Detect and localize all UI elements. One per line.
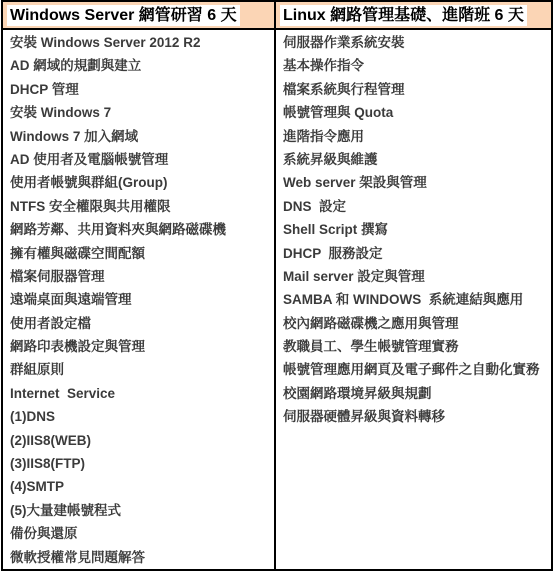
header-label-windows: Windows Server 網管研習 6 天 [7, 5, 240, 26]
column-linux-topics: 伺服器作業系統安裝基本操作指令檔案系統與行程管理帳號管理與 Quota進階指令應… [276, 30, 551, 569]
course-item: AD 網域的規劃與建立 [3, 54, 274, 77]
course-item: (5)大量建帳號程式 [3, 499, 274, 522]
course-item: 網路印表機設定與管理 [3, 335, 274, 358]
course-item: 校內網路磁碟機之應用與管理 [276, 312, 551, 335]
course-item: 伺服器作業系統安裝 [276, 31, 551, 54]
course-item: 帳號管理應用網頁及電子郵件之自動化實務 [276, 358, 551, 381]
course-item: 使用者帳號與群組(Group) [3, 171, 274, 194]
course-item: 進階指令應用 [276, 125, 551, 148]
course-item: 擁有權與磁碟空間配額 [3, 242, 274, 265]
course-item: 遠端桌面與遠端管理 [3, 288, 274, 311]
course-item: 安裝 Windows 7 [3, 101, 274, 124]
course-item: Web server 架設與管理 [276, 171, 551, 194]
course-item: (4)SMTP [3, 475, 274, 498]
course-item: 網路芳鄰、共用資料夾與網路磁碟機 [3, 218, 274, 241]
header-cell-linux: Linux 網路管理基礎、進階班 6 天 [276, 2, 551, 28]
course-item: 檔案伺服器管理 [3, 265, 274, 288]
course-item: Internet Service [3, 382, 274, 405]
course-item: SAMBA 和 WINDOWS 系統連結與應用 [276, 288, 551, 311]
course-item: 教職員工、學生帳號管理實務 [276, 335, 551, 358]
course-item: 安裝 Windows Server 2012 R2 [3, 31, 274, 54]
course-item: Mail server 設定與管理 [276, 265, 551, 288]
course-comparison-table: Windows Server 網管研習 6 天 Linux 網路管理基礎、進階班… [1, 0, 553, 571]
course-item: 微軟授權常見問題解答 [3, 546, 274, 569]
course-item: 校園網路環境昇級與規劃 [276, 382, 551, 405]
header-cell-windows: Windows Server 網管研習 6 天 [3, 2, 276, 28]
course-item: 帳號管理與 Quota [276, 101, 551, 124]
course-item: (3)IIS8(FTP) [3, 452, 274, 475]
table-body: 安裝 Windows Server 2012 R2AD 網域的規劃與建立DHCP… [3, 30, 551, 569]
course-item: 檔案系統與行程管理 [276, 78, 551, 101]
table-header-row: Windows Server 網管研習 6 天 Linux 網路管理基礎、進階班… [3, 2, 551, 30]
course-item: AD 使用者及電腦帳號管理 [3, 148, 274, 171]
column-windows-topics: 安裝 Windows Server 2012 R2AD 網域的規劃與建立DHCP… [3, 30, 276, 569]
course-item: DNS 設定 [276, 195, 551, 218]
course-item: DHCP 服務設定 [276, 242, 551, 265]
course-item: NTFS 安全權限與共用權限 [3, 195, 274, 218]
course-item: 使用者設定檔 [3, 312, 274, 335]
course-item: 群組原則 [3, 358, 274, 381]
course-item: 基本操作指令 [276, 54, 551, 77]
course-item: 伺服器硬體昇級與資料轉移 [276, 405, 551, 428]
header-label-linux: Linux 網路管理基礎、進階班 6 天 [280, 5, 527, 26]
course-item: (1)DNS [3, 405, 274, 428]
course-item: DHCP 管理 [3, 78, 274, 101]
course-item: Windows 7 加入網域 [3, 125, 274, 148]
course-item: (2)IIS8(WEB) [3, 429, 274, 452]
course-item: 備份與還原 [3, 522, 274, 545]
course-item: 系統昇級與維護 [276, 148, 551, 171]
course-item: Shell Script 撰寫 [276, 218, 551, 241]
